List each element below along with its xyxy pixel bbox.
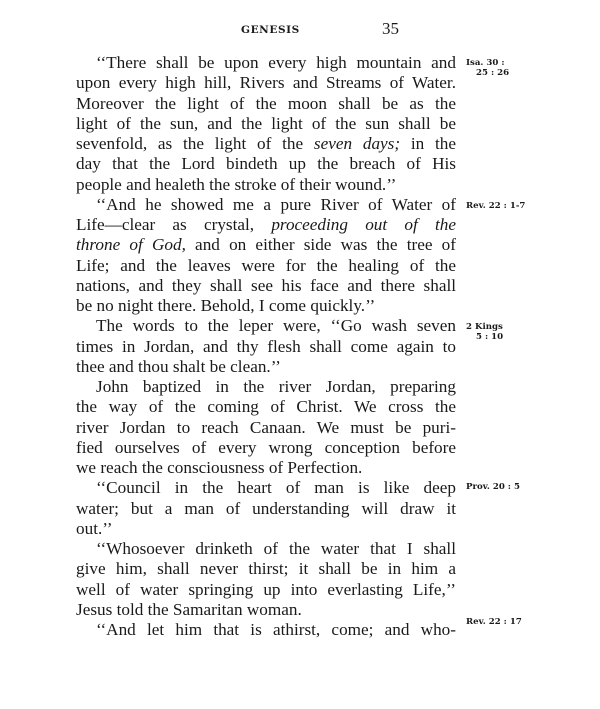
text-line: ‘‘There shall be upon every high mountai… bbox=[76, 53, 456, 73]
body-text: ‘‘There shall be upon every high mountai… bbox=[76, 53, 456, 640]
reference-label: Rev. 22 : 1-7 bbox=[466, 201, 525, 211]
text-line: John baptized in the river Jordan, prepa… bbox=[76, 377, 456, 397]
text-segment: The words to the leper were, ‘‘Go wash s… bbox=[96, 316, 456, 335]
italic-text: throne of God, bbox=[76, 235, 186, 254]
text-segment: ‘‘And let him that is athirst, come; and… bbox=[96, 620, 456, 639]
text-segment: water; but a man of understanding will d… bbox=[76, 499, 456, 518]
text-segment: ‘‘And he showed me a pure River of Water… bbox=[96, 195, 456, 214]
reference-label: Prov. 20 : 5 bbox=[466, 482, 520, 492]
italic-text: proceeding out of the bbox=[271, 215, 456, 234]
text-segment: ‘‘Council in the heart of man is like de… bbox=[96, 478, 456, 497]
text-segment: John baptized in the river Jordan, prepa… bbox=[96, 377, 456, 396]
text-segment: Life—clear as crystal, bbox=[76, 215, 271, 234]
text-line: The words to the leper were, ‘‘Go wash s… bbox=[76, 316, 456, 336]
text-segment: ‘‘Whosoever drinketh of the water that I… bbox=[96, 539, 456, 558]
text-line: nations, and they shall see his face and… bbox=[76, 276, 456, 296]
text-line: Jesus told the Samaritan woman. bbox=[76, 600, 456, 620]
italic-text: seven days; bbox=[314, 134, 400, 153]
reference-label: Rev. 22 : 17 bbox=[466, 617, 522, 627]
text-line: light of the sun, and the light of the s… bbox=[76, 114, 456, 134]
running-head: GENESIS 35 bbox=[0, 22, 600, 42]
text-segment: river Jordan to reach Canaan. We must be… bbox=[76, 418, 456, 437]
text-segment: ‘‘There shall be upon every high mountai… bbox=[96, 53, 456, 72]
text-segment: times in Jordan, and thy flesh shall com… bbox=[76, 337, 456, 356]
text-line: upon every high hill, Rivers and Streams… bbox=[76, 73, 456, 93]
margin-reference: Isa. 30 :25 : 26 bbox=[466, 58, 509, 78]
text-line: day that the Lord bindeth up the breach … bbox=[76, 154, 456, 174]
margin-reference: 2 Kings5 : 10 bbox=[466, 322, 503, 342]
text-line: Life—clear as crystal, proceeding out of… bbox=[76, 215, 456, 235]
text-line: the way of the coming of Christ. We cros… bbox=[76, 397, 456, 417]
text-line: water; but a man of understanding will d… bbox=[76, 499, 456, 519]
text-line: people and healeth the stroke of their w… bbox=[76, 175, 456, 195]
text-segment: upon every high hill, Rivers and Streams… bbox=[76, 73, 456, 92]
text-line: out.’’ bbox=[76, 519, 456, 539]
text-line: ‘‘Whosoever drinketh of the water that I… bbox=[76, 539, 456, 559]
text-line: thee and thou shalt be clean.’’ bbox=[76, 357, 456, 377]
margin-reference: Rev. 22 : 1-7 bbox=[466, 201, 525, 211]
text-segment: we reach the consciousness of Perfection… bbox=[76, 458, 362, 477]
text-segment: and on either side was the tree of bbox=[186, 235, 456, 254]
text-line: be no night there. Behold, I come quickl… bbox=[76, 296, 456, 316]
reference-verse: 5 : 10 bbox=[466, 332, 503, 342]
text-line: throne of God, and on either side was th… bbox=[76, 235, 456, 255]
text-segment: fied ourselves of every wrong conception… bbox=[76, 438, 456, 457]
text-segment: day that the Lord bindeth up the breach … bbox=[76, 154, 456, 173]
text-segment: the way of the coming of Christ. We cros… bbox=[76, 397, 456, 416]
text-segment: be no night there. Behold, I come quickl… bbox=[76, 296, 375, 315]
text-line: river Jordan to reach Canaan. We must be… bbox=[76, 418, 456, 438]
text-line: give him, shall never thirst; it shall b… bbox=[76, 559, 456, 579]
text-segment: nations, and they shall see his face and… bbox=[76, 276, 456, 295]
text-line: ‘‘And let him that is athirst, come; and… bbox=[76, 620, 456, 640]
text-line: times in Jordan, and thy flesh shall com… bbox=[76, 337, 456, 357]
margin-reference: Rev. 22 : 17 bbox=[466, 617, 522, 627]
text-segment: Moreover the light of the moon shall be … bbox=[76, 94, 456, 113]
reference-label: 2 Kings bbox=[466, 322, 503, 332]
text-line: fied ourselves of every wrong conception… bbox=[76, 438, 456, 458]
text-segment: well of water springing up into everlast… bbox=[76, 580, 456, 599]
text-segment: Jesus told the Samaritan woman. bbox=[76, 600, 302, 619]
text-segment: thee and thou shalt be clean.’’ bbox=[76, 357, 281, 376]
text-line: we reach the consciousness of Perfection… bbox=[76, 458, 456, 478]
text-line: Moreover the light of the moon shall be … bbox=[76, 94, 456, 114]
text-line: sevenfold, as the light of the seven day… bbox=[76, 134, 456, 154]
text-segment: give him, shall never thirst; it shall b… bbox=[76, 559, 456, 578]
text-line: ‘‘And he showed me a pure River of Water… bbox=[76, 195, 456, 215]
text-segment: light of the sun, and the light of the s… bbox=[76, 114, 456, 133]
running-title: GENESIS bbox=[241, 24, 300, 36]
text-segment: out.’’ bbox=[76, 519, 112, 538]
reference-verse: 25 : 26 bbox=[466, 68, 509, 78]
reference-label: Isa. 30 : bbox=[466, 58, 505, 68]
margin-reference: Prov. 20 : 5 bbox=[466, 482, 520, 492]
text-line: ‘‘Council in the heart of man is like de… bbox=[76, 478, 456, 498]
text-segment: people and healeth the stroke of their w… bbox=[76, 175, 396, 194]
text-line: Life; and the leaves were for the healin… bbox=[76, 256, 456, 276]
text-segment: sevenfold, as the light of the bbox=[76, 134, 314, 153]
text-line: well of water springing up into everlast… bbox=[76, 580, 456, 600]
text-segment: Life; and the leaves were for the healin… bbox=[76, 256, 456, 275]
page-number: 35 bbox=[382, 19, 399, 39]
text-segment: in the bbox=[400, 134, 456, 153]
